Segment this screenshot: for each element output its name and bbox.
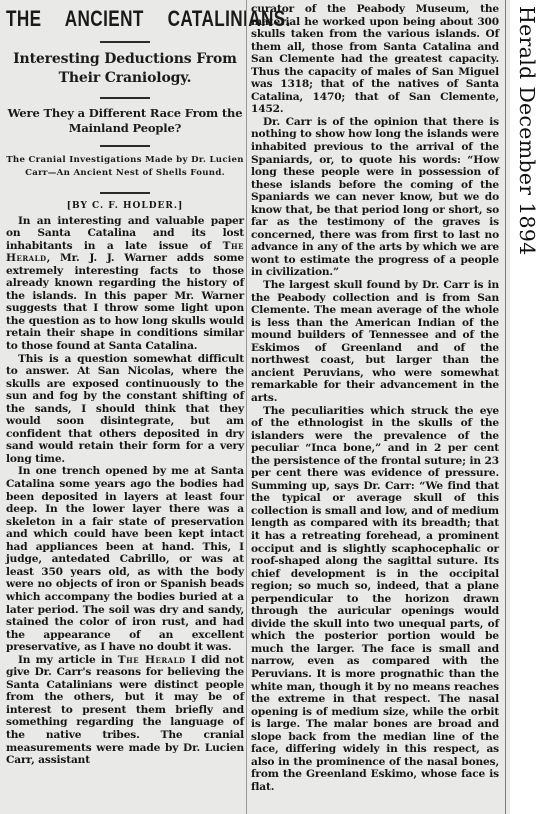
divider-rule [100,41,150,43]
paragraph: In my article in The Herald I did not gi… [6,654,244,767]
divider-rule [100,97,150,99]
newspaper-clipping: THE ANCIENT CATALINIANS. Interesting Ded… [0,0,510,814]
subheadline-secondary: Were They a Different Race From the Main… [6,106,244,136]
paragraph-text: , Mr. J. J. Warner adds some extremely i… [6,252,244,352]
paragraph: The peculiarities which struck the eye o… [251,405,499,794]
divider-rule [100,192,150,194]
paragraph-text: In an interesting and valuable paper on … [6,215,244,252]
left-column: THE ANCIENT CATALINIANS. Interesting Ded… [6,0,244,767]
source-label: Herald December 1894 [512,6,541,306]
paragraph-text: This is a question somewhat difficult to… [6,353,244,465]
clipping-edge [505,0,506,814]
byline: [BY C. F. HOLDER.] [6,200,244,213]
paragraph: curator of the Peabody Museum, the mater… [251,3,499,116]
headline: THE ANCIENT CATALINIANS. [6,6,248,32]
paragraph: The largest skull found by Dr. Carr is i… [251,279,499,404]
paragraph: Dr. Carr is of the opinion that there is… [251,116,499,279]
right-column: curator of the Peabody Museum, the mater… [251,3,499,793]
paragraph: In one trench opened by me at Santa Cata… [6,465,244,653]
paragraph-text: In my article in [18,654,118,666]
newspaper-name: The Herald [118,654,186,666]
column-divider [246,0,247,814]
subheadline-primary: Interesting Deductions From Their Cranio… [6,50,244,88]
source-label-text: Herald December 1894 [515,6,539,256]
divider-rule [100,145,150,147]
paragraph-text: In one trench opened by me at Santa Cata… [6,465,244,653]
paragraph: This is a question somewhat difficult to… [6,353,244,466]
paragraph-text: I did not give Dr. Carr's reasons for be… [6,654,244,766]
subheadline-tertiary: The Cranial Investigations Made by Dr. L… [6,154,244,180]
paragraph: In an interesting and valuable paper on … [6,215,244,353]
